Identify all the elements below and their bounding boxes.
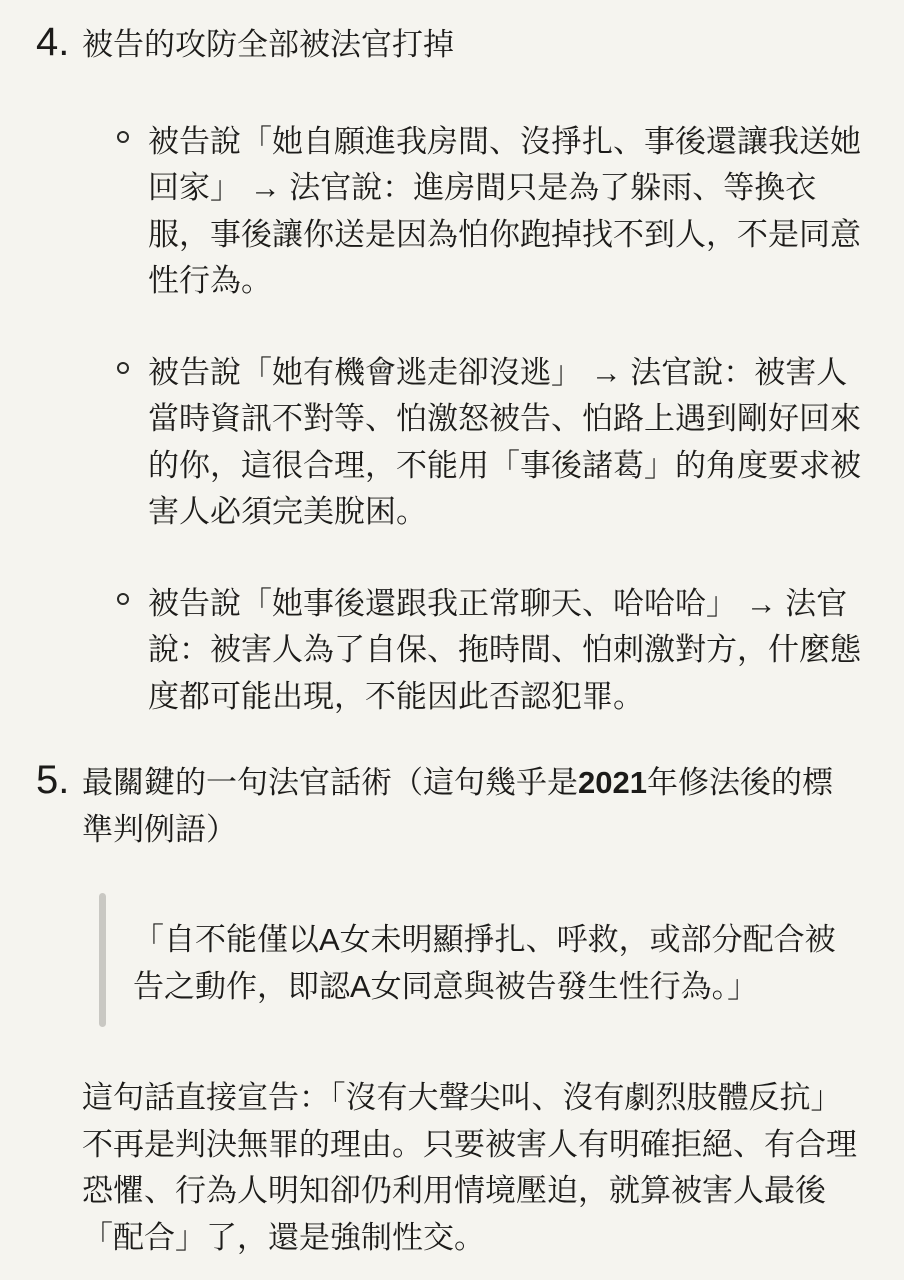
bullet-item-2: 被告說「她有機會逃走卻沒逃」 → 法官說：被害人當時資訊不對等、怕激怒被告、怕路… xyxy=(82,350,862,536)
document-page: 4. 被告的攻防全部被法官打掉 被告說「她自願進我房間、沒掙扎、事後還讓我送她回… xyxy=(0,0,904,1280)
bullet-item-2-text: 被告說「她有機會逃走卻沒逃」 → 法官說：被害人當時資訊不對等、怕激怒被告、怕路… xyxy=(148,355,861,530)
ordered-list: 4. 被告的攻防全部被法官打掉 被告說「她自願進我房間、沒掙扎、事後還讓我送她回… xyxy=(0,22,862,1261)
list-item-5: 5. 最關鍵的一句法官話術（這句幾乎是2021年修法後的標準判例語） 「自不能僅… xyxy=(0,760,862,1261)
bullet-item-1: 被告說「她自願進我房間、沒掙扎、事後還讓我送她回家」 → 法官說：進房間只是為了… xyxy=(82,119,862,305)
bullet-item-3-text: 被告說「她事後還跟我正常聊天、哈哈哈」 → 法官說：被害人為了自保、拖時間、怕刺… xyxy=(148,586,861,714)
item-5-number: 5. xyxy=(36,757,69,804)
blockquote: 「自不能僅以A女未明顯掙扎、呼救，或部分配合被告之動作，即認A女同意與被告發生性… xyxy=(99,893,862,1027)
closing-paragraph: 這句話直接宣告：「沒有大聲尖叫、沒有劇烈肢體反抗」不再是判決無罪的理由。只要被害… xyxy=(82,1075,862,1261)
bullet-item-3: 被告說「她事後還跟我正常聊天、哈哈哈」 → 法官說：被害人為了自保、拖時間、怕刺… xyxy=(82,581,862,721)
blockquote-text: 「自不能僅以A女未明顯掙扎、呼救，或部分配合被告之動作，即認A女同意與被告發生性… xyxy=(133,922,836,1004)
circle-bullet-icon xyxy=(117,593,129,605)
blockquote-bar xyxy=(99,893,106,1027)
circle-bullet-icon xyxy=(117,362,129,374)
item-5-heading: 最關鍵的一句法官話術（這句幾乎是2021年修法後的標準判例語） xyxy=(82,760,862,853)
sub-bullet-list: 被告說「她自願進我房間、沒掙扎、事後還讓我送她回家」 → 法官說：進房間只是為了… xyxy=(82,119,862,721)
item-5-heading-pre: 最關鍵的一句法官話術（這句幾乎是 xyxy=(82,765,578,800)
bullet-item-1-text: 被告說「她自願進我房間、沒掙扎、事後還讓我送她回家」 → 法官說：進房間只是為了… xyxy=(148,124,861,299)
item-4-heading: 被告的攻防全部被法官打掉 xyxy=(82,22,862,69)
item-4-number: 4. xyxy=(36,19,69,66)
item-5-heading-bold-year: 2021 xyxy=(578,765,647,800)
list-item-4: 4. 被告的攻防全部被法官打掉 被告說「她自願進我房間、沒掙扎、事後還讓我送她回… xyxy=(0,22,862,720)
circle-bullet-icon xyxy=(117,131,129,143)
